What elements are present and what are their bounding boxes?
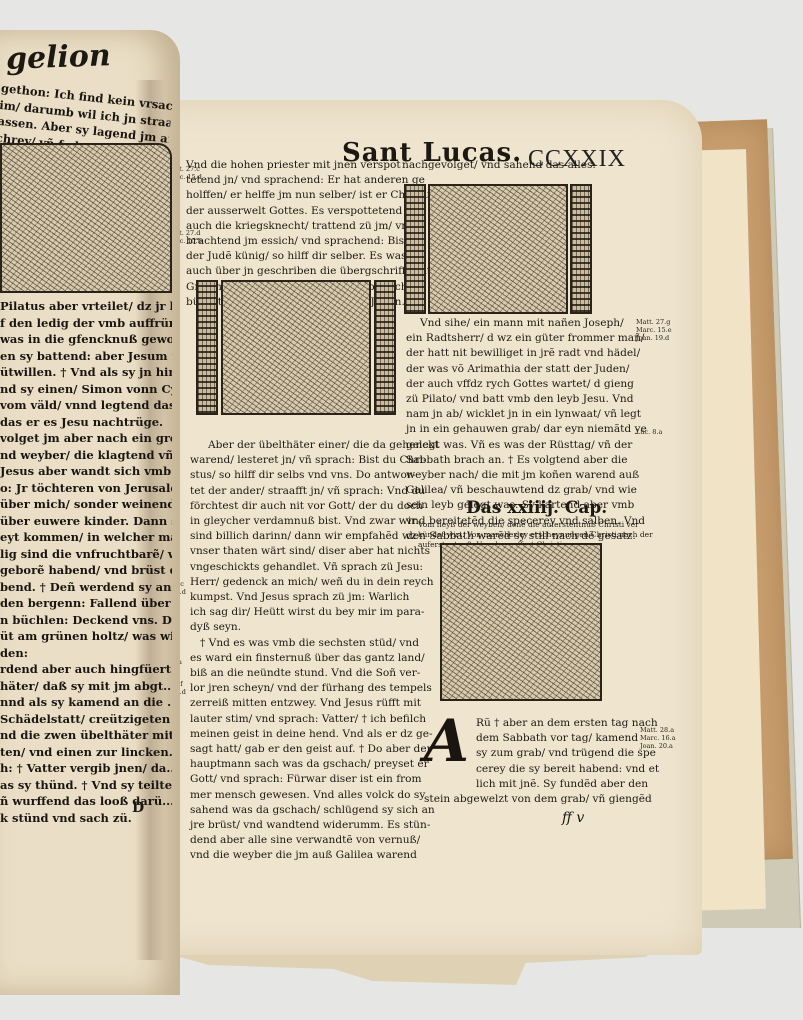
text-line: ein Radtsherr/ d wz ein güter frommer ma…	[406, 331, 647, 346]
text-line: der hatt nit bewilliget in jrẽ radt vnd …	[406, 346, 647, 361]
text-line: nd sy einen/ Simon vonn Cyr...	[0, 381, 172, 398]
text-line: en sy battend: aber Jesum über...	[0, 348, 172, 365]
text-line: lig sind die vnfruchtbarẽ/ vnd ...	[0, 546, 172, 563]
text-line: meinen geist in deine hend. Vnd als er d…	[190, 727, 439, 742]
text-line: Vnd die hohen priester mit jnen verspot	[186, 158, 436, 173]
text-line: nd weyber/ die klagtend vñ be...	[0, 447, 172, 464]
text-line: Schädelstatt/ creützigeten ...	[0, 711, 172, 728]
left-catchword: D	[132, 800, 144, 816]
text-line: stus/ so hilff dir selbs vnd vns. Do ant…	[190, 468, 439, 483]
text-line: lauter stim/ vnd sprach: Vatter/ † ich b…	[190, 712, 439, 727]
text-line: eyt kommen/ in welcher man sa...	[0, 529, 172, 546]
text-line: vnd die weyber die jm auß Galilea warend	[190, 848, 439, 863]
crucifixion-woodcut	[221, 280, 371, 415]
text-line: geborẽ habend/ vnd brüst die ...	[0, 562, 172, 579]
text-line: den:	[0, 645, 172, 662]
text-line: ütwillen. † Vnd als sy jn hinfü...	[0, 364, 172, 381]
column-2-text-bottom: Rũ † aber an dem ersten tag nach dem Sab…	[476, 716, 659, 792]
text-line: Gott/ vnd sprach: Fürwar diser ist ein f…	[190, 772, 439, 787]
text-line: stein abgewelzt von dem grab/ vñ giengẽd	[424, 792, 652, 807]
text-line: n büchlen: Deckend vns. D...	[0, 612, 172, 629]
text-line: vom väld/ vnnd legtend das c...	[0, 397, 172, 414]
decorative-pillar-right	[570, 184, 592, 314]
text-line: cerey die sy bereit habend: vnd et	[476, 762, 659, 777]
text-line: es ward ein finsternuß über das gantz la…	[190, 651, 439, 666]
text-line: förchtest dir auch nit vor Gott/ der du …	[190, 499, 439, 514]
text-line: warend/ lesteret jn/ vñ sprach: Bist du …	[190, 453, 439, 468]
column-2-text-top: nachgevolget/ vnd sahend das alles.	[402, 158, 596, 173]
text-line: der ausserwelt Gottes. Es verspottetend …	[186, 204, 436, 219]
text-line: tet der ander/ straafft jn/ vñ sprach: V…	[190, 484, 439, 499]
text-line: nachgevolget/ vnd sahend das alles.	[402, 158, 596, 173]
text-line: gelegt was. Vñ es was der Rüsttag/ vñ de…	[406, 438, 647, 453]
text-line: über euwere kinder. Dann sihe...	[0, 513, 172, 530]
text-line: Sabbath brach an. † Es volgtend aber die	[406, 453, 647, 468]
text-line: sagt hatt/ gab er den geist auf. † Do ab…	[190, 742, 439, 757]
text-line: dyß seyn.	[190, 620, 439, 635]
text-line: vnser thaten wärt sind/ diser aber hat n…	[190, 544, 439, 559]
text-line: den bergenn: Fallend über ...	[0, 595, 172, 612]
text-line: h: † Vatter vergib jnen/ da...	[0, 760, 172, 777]
decorated-initial: A	[424, 712, 469, 770]
text-line: jn in ein gehauwen grab/ dar eyn niemãtd…	[406, 422, 647, 437]
text-line: Herr/ gedenck an mich/ weñ du in dein re…	[190, 575, 439, 590]
text-line: nnd als sy kamend an die ...	[0, 694, 172, 711]
text-line: vngeschickts gehandlet. Vñ sprach zü Jes…	[190, 560, 439, 575]
text-line: biß an die neündte stund. Vnd die Soñ ve…	[190, 666, 439, 681]
text-line: häter/ daß sy mit jm abgt...	[0, 678, 172, 695]
text-line: brachtend jm essich/ vnd sprachend: Bist…	[186, 234, 436, 249]
text-line: nam jn ab/ wicklet jn in ein lynwaat/ vñ…	[406, 407, 647, 422]
text-line: in gleycher verdamnuß bist. Vnd zwar wir	[190, 514, 439, 529]
text-line: Aber der übelthäter einer/ die da gehenc…	[190, 438, 439, 453]
text-line: volget jm aber nach ein grosse...	[0, 430, 172, 447]
text-line: o: Jr töchteren von Jerusalem ...	[0, 480, 172, 497]
decorative-pillar-left	[196, 280, 218, 415]
text-line: f den ledig der vmb auffrür vnd ...	[0, 315, 172, 332]
text-line: as sy thünd. † Vnd sy teilten ...	[0, 777, 172, 794]
text-line: das er es Jesu nachtrüge.	[0, 414, 172, 431]
text-line: der auch vffdz rych Gottes wartet/ d gie…	[406, 377, 647, 392]
text-line: sind billich darinn/ dann wir empfahẽd w…	[190, 529, 439, 544]
text-line: jre brüst/ vnd wandtend widerumm. Es stü…	[190, 818, 439, 833]
text-line: Vnd sihe/ ein mann mit nañen Joseph/	[406, 316, 647, 331]
text-line: weyber nach/ die mit jm koñen warend auß	[406, 468, 647, 483]
text-line: bend. † Deñ werdend sy anfa...	[0, 579, 172, 596]
decorative-pillar-right	[374, 280, 396, 415]
left-running-title: gelion	[5, 38, 111, 77]
margin-references-bottom: Matt. 28.a Marc. 16.a Joan. 20.a	[640, 726, 676, 750]
text-line: auch die kriegsknecht/ trattend zü jm/ v…	[186, 219, 436, 234]
text-line: lor jren scheyn/ vnd der fürhang des tem…	[190, 681, 439, 696]
deposition-woodcut	[428, 184, 568, 314]
text-line: rdend aber auch hingfüert ...	[0, 661, 172, 678]
text-line: auch über jn geschriben die übergschriff…	[186, 264, 436, 279]
text-line: kumpst. Vnd Jesus sprach zü jm: Warlich	[190, 590, 439, 605]
text-line: † Vnd es was vmb die sechsten stüd/ vnd	[190, 636, 439, 651]
text-line: ten/ vnd einen zur lincken. ...	[0, 744, 172, 761]
text-line: ñ wurffend das looß darü...	[0, 793, 172, 810]
left-text-main: Pilatus aber vrteilet/ dz jr bitt ge... …	[0, 298, 172, 826]
decorative-pillar-left	[404, 184, 426, 314]
text-line: sahend was da gschach/ schlügend sy sich…	[190, 803, 439, 818]
text-line: zü Pilato/ vnd batt vmb den leyb Jesu. V…	[406, 392, 647, 407]
text-line: üt am grünen holtz/ was wil ...	[0, 628, 172, 645]
column-1-text-bottom: Aber der übelthäter einer/ die da gehenc…	[190, 438, 439, 864]
text-line: dend aber alle sine verwandtẽ von vernuß…	[190, 833, 439, 848]
signature-mark: ff v	[562, 810, 584, 826]
text-line: über mich/ sonder weinend über ...	[0, 496, 172, 513]
text-line: der was võ Arimathia der statt der Juden…	[406, 362, 647, 377]
resurrection-woodcut	[440, 543, 602, 701]
chapter-heading: Das xxiiij. Cap.	[466, 498, 607, 518]
text-line: sy zum grab/ vnd trügend die spe	[476, 746, 659, 761]
text-line: dem Sabbath vor tag/ kamend	[476, 731, 659, 746]
text-line: Galilea/ vñ beschauwtend dz grab/ vnd wi…	[406, 483, 647, 498]
text-line: lich mit jnẽ. Sy fundẽd aber den	[476, 777, 659, 792]
text-line: tetend jn/ vnd sprachend: Er hat anderen…	[186, 173, 436, 188]
left-page-woodcut	[0, 143, 172, 293]
text-line: der Judẽ künig/ so hilff dir selber. Es …	[186, 249, 436, 264]
column-2-last-line: stein abgewelzt von dem grab/ vñ giengẽd	[424, 792, 652, 807]
text-line: ich sag dir/ Heütt wirst du bey mir im p…	[190, 605, 439, 620]
text-line: Rũ † aber an dem ersten tag nach	[476, 716, 659, 731]
margin-references-middle: Matt. 27.g Marc. 15.e Joan. 19.d Luc. 8.…	[636, 318, 672, 436]
text-line: Pilatus aber vrteilet/ dz jr bitt ge...	[0, 298, 172, 315]
text-line: nd die zwen übelthäter mit ...	[0, 727, 172, 744]
text-line: holffen/ er helffe jm nun selber/ ist er…	[186, 188, 436, 203]
text-line: was in die gfencknuß geworffen ...	[0, 331, 172, 348]
text-line: zerreiß mitten entzwey. Vnd Jesus rüfft …	[190, 696, 439, 711]
text-line: Jesus aber wandt sich vmb zu...	[0, 463, 172, 480]
text-line: hauptmann sach was da gschach/ preyset e…	[190, 757, 439, 772]
text-line: mer mensch gewesen. Vnd alles volck do s…	[190, 788, 439, 803]
text-line: k stünd vnd sach zü.	[0, 810, 172, 827]
